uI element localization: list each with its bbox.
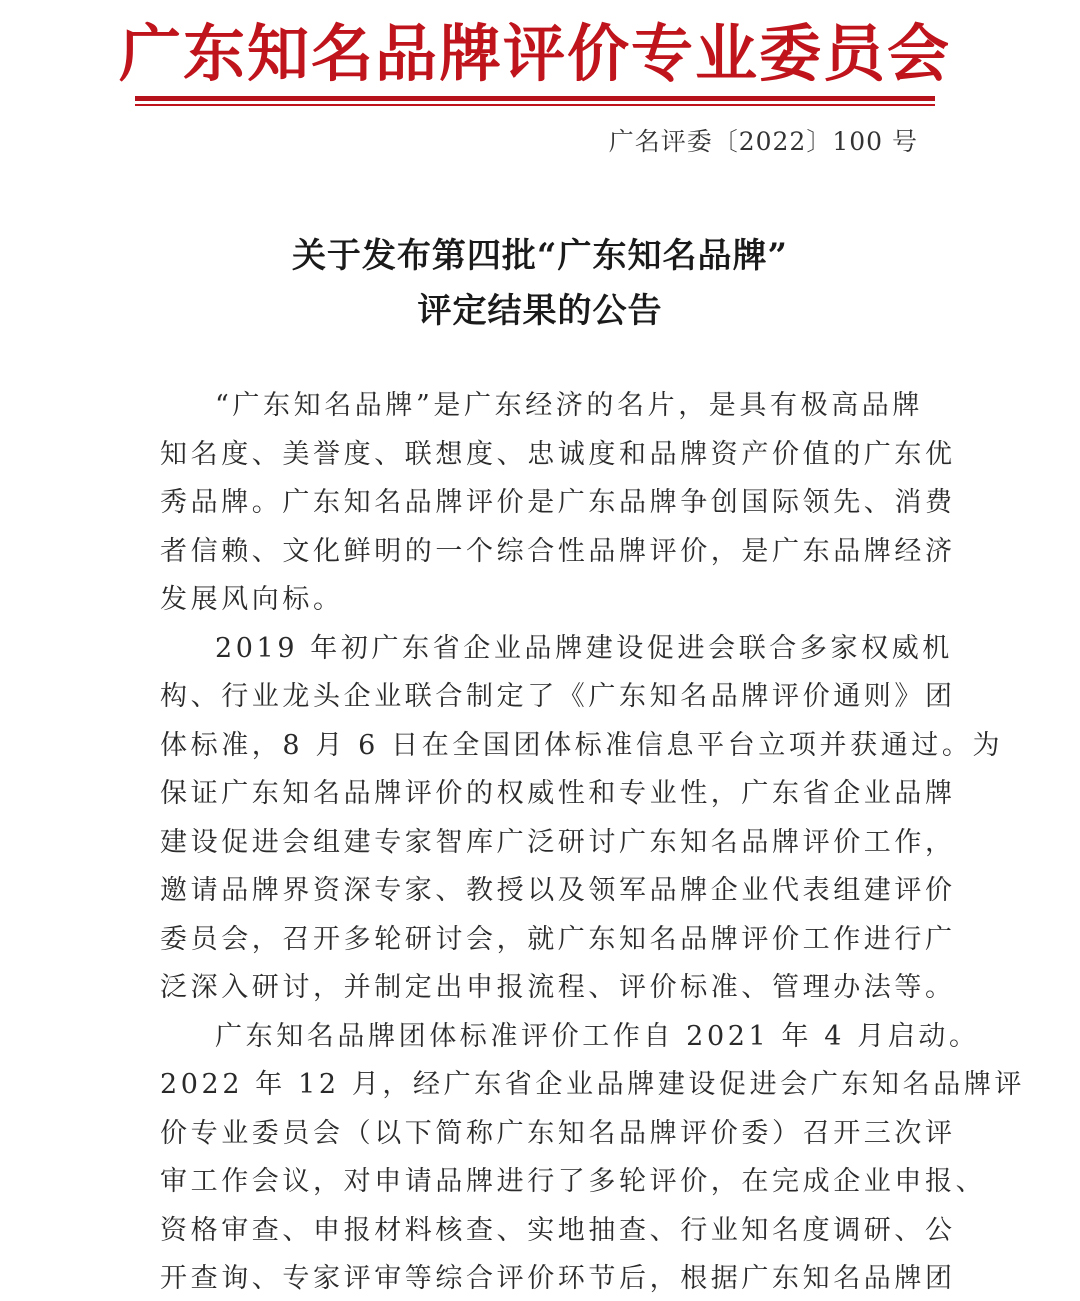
masthead-divider-thin <box>135 104 935 106</box>
body-line: 发展风向标。 <box>160 576 920 625</box>
body-line: 开查询、专家评审等综合评价环节后，根据广东知名品牌团 <box>160 1255 920 1301</box>
body-line: 价专业委员会（以下简称广东知名品牌评价委）召开三次评 <box>160 1110 920 1159</box>
body-line: 体标准，8 月 6 日在全国团体标准信息平台立项并获通过。为 <box>160 722 920 771</box>
body-line: 资格审查、申报材料核查、实地抽查、行业知名度调研、公 <box>160 1207 920 1256</box>
body-line: 秀品牌。广东知名品牌评价是广东品牌争创国际领先、消费 <box>160 479 920 528</box>
announcement-title-line1: 关于发布第四批“广东知名品牌” <box>160 228 920 277</box>
body-line: 者信赖、文化鲜明的一个综合性品牌评价，是广东品牌经济 <box>160 528 920 577</box>
body-line: 知名度、美誉度、联想度、忠诚度和品牌资产价值的广东优 <box>160 431 920 480</box>
body-line: 委员会，召开多轮研讨会，就广东知名品牌评价工作进行广 <box>160 916 920 965</box>
body-line: 泛深入研讨，并制定出申报流程、评价标准、管理办法等。 <box>160 964 920 1013</box>
body-line: 邀请品牌界资深专家、教授以及领军品牌企业代表组建评价 <box>160 867 920 916</box>
body-line: 构、行业龙头企业联合制定了《广东知名品牌评价通则》团 <box>160 673 920 722</box>
body-line: 审工作会议，对申请品牌进行了多轮评价，在完成企业申报、 <box>160 1158 920 1207</box>
masthead-title: 广东知名品牌评价专业委员会 <box>135 12 935 84</box>
body-line: 广东知名品牌团体标准评价工作自 2021 年 4 月启动。 <box>160 1013 920 1062</box>
body-line: 保证广东知名品牌评价的权威性和专业性，广东省企业品牌 <box>160 770 920 819</box>
body-line: “广东知名品牌”是广东经济的名片，是具有极高品牌 <box>160 382 920 431</box>
body-line: 2022 年 12 月，经广东省企业品牌建设促进会广东知名品牌评 <box>160 1061 920 1110</box>
body-line: 2019 年初广东省企业品牌建设促进会联合多家权威机 <box>160 625 920 674</box>
announcement-title-line2: 评定结果的公告 <box>160 283 920 332</box>
document-number: 广名评委〔2022〕100 号 <box>609 122 918 158</box>
document-body: “广东知名品牌”是广东经济的名片，是具有极高品牌 知名度、美誉度、联想度、忠诚度… <box>160 382 920 1301</box>
masthead-divider-thick <box>135 96 935 101</box>
body-line: 建设促进会组建专家智库广泛研讨广东知名品牌评价工作， <box>160 819 920 868</box>
